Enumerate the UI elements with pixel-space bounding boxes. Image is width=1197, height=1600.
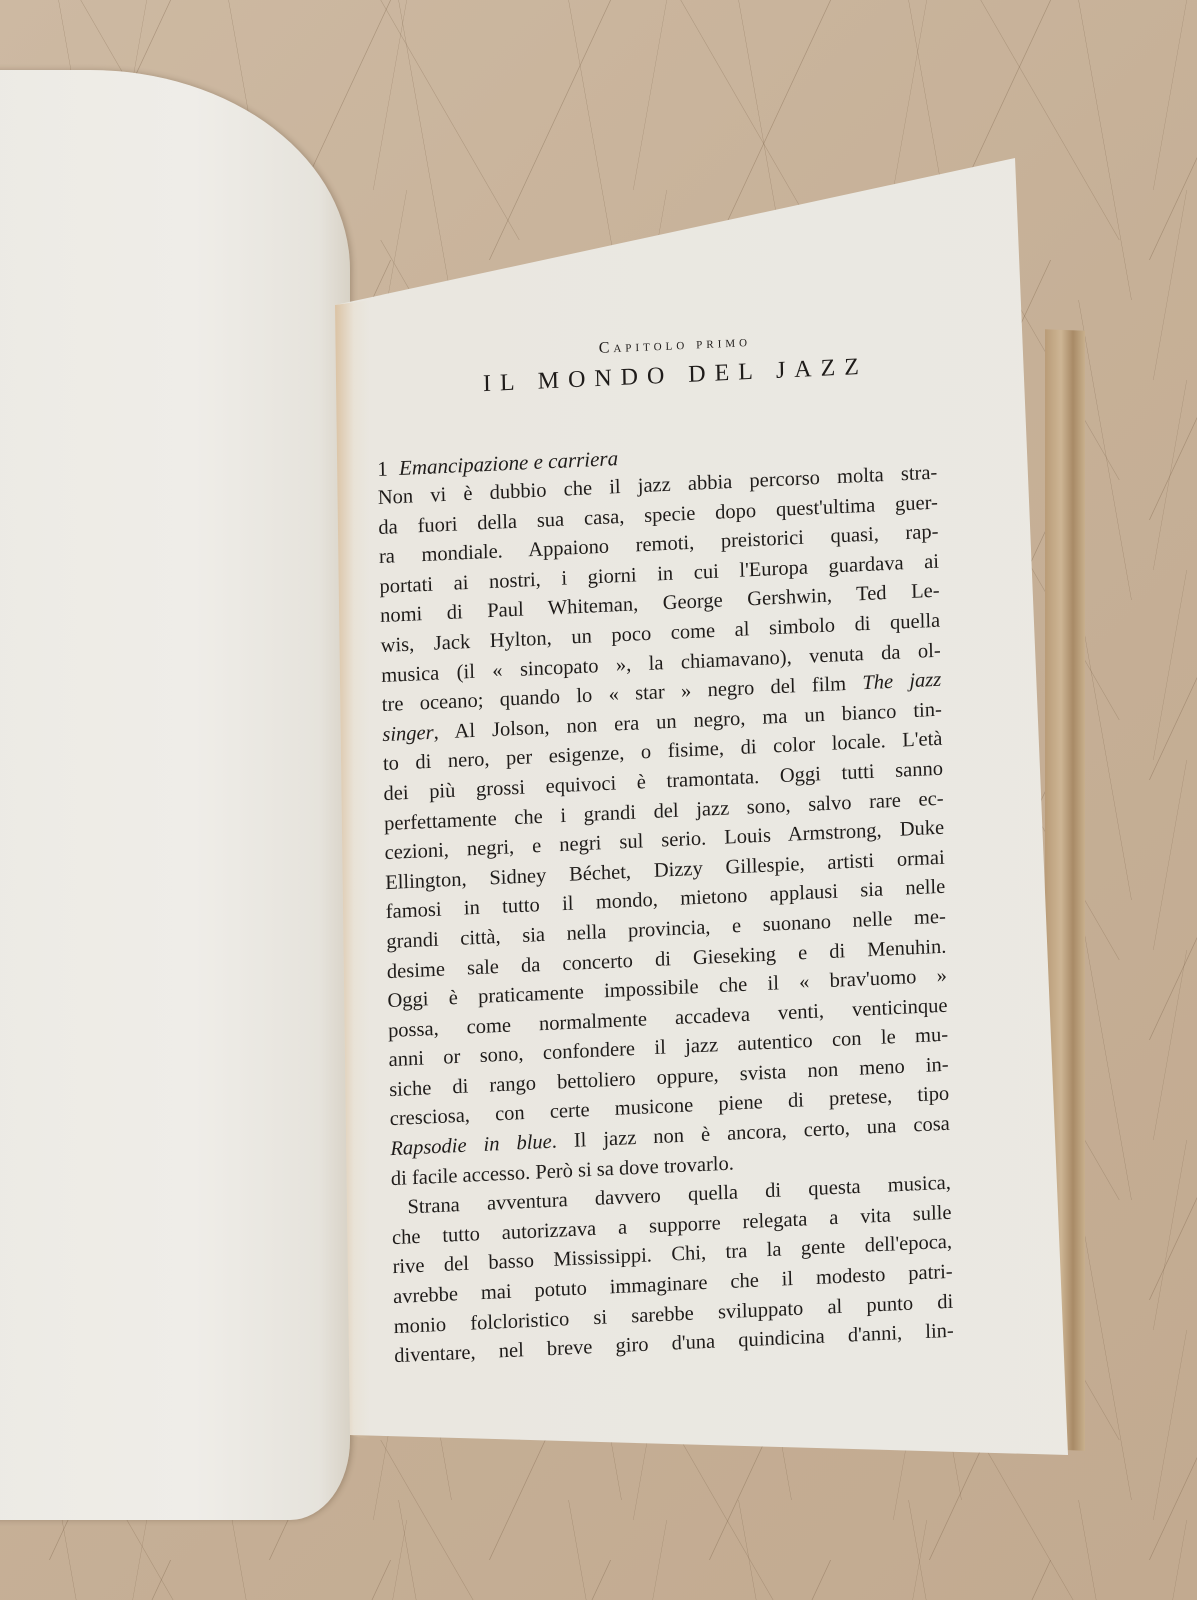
left-page-blank [0, 70, 350, 1520]
paragraph-2: Strana avventura davvero quella di quest… [391, 1169, 954, 1372]
section-number: 1 [377, 457, 388, 481]
paragraph-1: Non vi è dubbio che il jazz abbia percor… [378, 459, 951, 1195]
page-text-block: Capitolo primo IL MONDO DEL JAZZ 1 Emanc… [375, 325, 954, 1372]
